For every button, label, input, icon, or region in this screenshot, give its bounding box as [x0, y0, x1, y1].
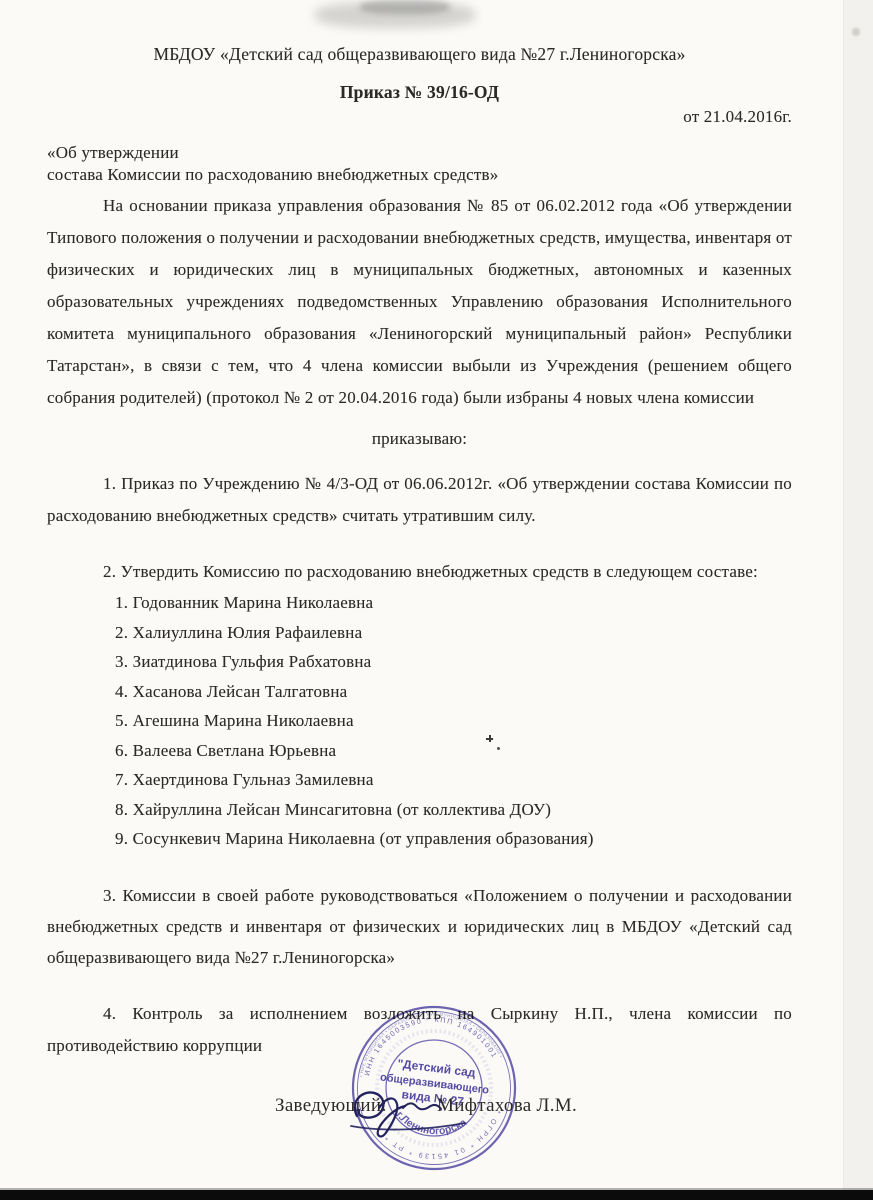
subject-line-1: «Об утверждении: [47, 141, 792, 164]
list-item: 2. Халиуллина Юлия Рафаилевна: [115, 618, 715, 648]
signature-strokes: [343, 1082, 508, 1144]
list-item: 5. Агешина Марина Николаевна: [115, 706, 715, 736]
list-item: 1. Годованник Марина Николаевна: [115, 588, 715, 618]
list-item: 3. Зиатдинова Гульфия Рабхатовна: [115, 647, 715, 677]
organization-title: МБДОУ «Детский сад общеразвивающего вида…: [47, 38, 792, 70]
order-item-1: 1. Приказ по Учреждению № 4/3-ОД от 06.0…: [47, 468, 792, 532]
list-item: 8. Хайруллина Лейсан Минсагитовна (от ко…: [115, 795, 715, 825]
commission-member-list: 1. Годованник Марина Николаевна 2. Халиу…: [115, 588, 715, 854]
list-item: 4. Хасанова Лейсан Талгатовна: [115, 677, 715, 707]
list-item: 9. Сосункевич Марина Николаевна (от упра…: [115, 824, 715, 854]
subject-line-2: состава Комиссии по расходованию внебюдж…: [47, 163, 792, 186]
list-item: 7. Хаертдинова Гульназ Замилевна: [115, 765, 715, 795]
preamble-paragraph: На основании приказа управления образова…: [47, 190, 792, 414]
scan-speck-faint: [852, 28, 860, 36]
scanned-order-document: МБДОУ «Детский сад общеразвивающего вида…: [0, 0, 873, 1200]
scan-right-band: [844, 0, 873, 1200]
scan-smudge-dark: [360, 0, 450, 14]
order-item-3: 3. Комиссии в своей работе руководствова…: [47, 880, 792, 973]
scan-bottom-bar: [0, 1190, 873, 1200]
order-item-2-intro: 2. Утвердить Комиссию по расходованию вн…: [47, 556, 792, 588]
decree-word: приказываю:: [47, 423, 792, 455]
list-item: 6. Валеева Светлана Юрьевна: [115, 736, 715, 766]
order-date: от 21.04.2016г.: [47, 101, 792, 133]
scan-edge-line: [843, 0, 844, 1200]
handwritten-signature: [343, 1082, 508, 1144]
